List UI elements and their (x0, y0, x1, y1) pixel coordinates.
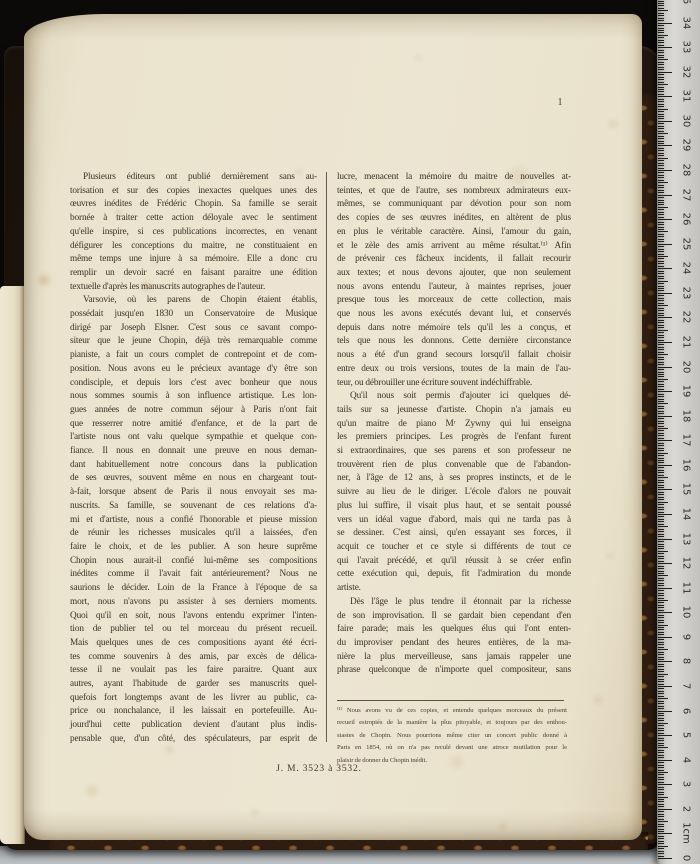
ruler-tick (658, 30, 664, 31)
ruler-tick (658, 305, 668, 306)
text-line: dirigé par Joseph Elsner. C'est sous ce … (70, 322, 317, 336)
ruler-tick (658, 728, 664, 729)
ruler-tick (658, 202, 664, 203)
ruler-tick (658, 462, 664, 463)
text-line: mort, nous n'avons pu assister à ses der… (70, 596, 317, 610)
ruler-tick (658, 799, 664, 800)
ruler-tick (658, 453, 668, 454)
text-line: autres, ayant l'habitude de garder ses m… (70, 678, 317, 692)
ruler-tick (658, 428, 668, 429)
ruler-tick (658, 327, 664, 328)
book-photo: 1 Plusieurs éditeurs ont publié dernière… (0, 0, 700, 864)
ruler-tick (658, 303, 664, 304)
ruler-tick (658, 440, 672, 441)
ruler-tick (658, 87, 664, 88)
ruler-tick (658, 750, 664, 751)
ruler-tick (658, 308, 664, 309)
ruler-tick (658, 1, 664, 2)
foxing-spot (250, 808, 259, 817)
ruler-tick (658, 740, 664, 741)
text-line: en plus le véritable caractère. Ainsi, l… (337, 226, 571, 240)
ruler-tick (658, 460, 664, 461)
ruler-label: 34 (681, 16, 692, 29)
text-line: Dès l'âge le plus tendre il étonnait par… (337, 596, 571, 610)
ruler-tick (658, 170, 672, 171)
text-line: pianiste, a fait un cours complet de con… (70, 349, 317, 363)
ruler-tick (658, 278, 664, 279)
ruler-tick (658, 806, 664, 807)
ruler-tick (658, 514, 672, 515)
ruler-tick (658, 160, 664, 161)
ruler-tick (658, 455, 664, 456)
ruler-tick (658, 128, 664, 129)
ruler-label: 2 (681, 806, 692, 812)
ruler-tick (658, 354, 668, 355)
ruler-tick (658, 546, 664, 547)
ruler-tick (658, 733, 664, 734)
ruler-tick (658, 293, 672, 294)
ruler-tick (658, 364, 664, 365)
text-line: gues années de notre commun séjour à Par… (70, 404, 317, 418)
ruler-tick (658, 502, 668, 503)
ruler-tick (658, 8, 664, 9)
ruler-label: 1cm (681, 823, 692, 845)
ruler-tick (658, 846, 668, 847)
ruler-tick (658, 50, 664, 51)
ruler-tick (658, 703, 664, 704)
text-line: des copies de ses œuvres inédites, en al… (337, 212, 571, 226)
ruler-tick (658, 214, 664, 215)
ruler-tick (658, 856, 664, 857)
text-line: tion de publier tel ou tel morceau du pr… (70, 623, 317, 637)
text-line: position. Nous avons eu le précieux avan… (70, 363, 317, 377)
foxing-spot (606, 118, 620, 130)
ruler-tick (658, 408, 664, 409)
text-line: tes comme souvenirs à des amis, par excè… (70, 651, 317, 665)
ruler-tick (658, 386, 664, 387)
text-line: pensable que, d'un côté, des spéculateur… (70, 733, 317, 747)
ruler-tick (658, 231, 668, 232)
ruler-tick (658, 801, 664, 802)
ruler-tick (658, 615, 664, 616)
ruler-tick (658, 362, 664, 363)
ruler-tick (658, 654, 664, 655)
text-line: entre deux ou trois versions, toutes de … (337, 363, 571, 377)
ruler-tick (658, 539, 672, 540)
text-line: et le zèle des amis arrivent au même rés… (337, 240, 571, 254)
text-line: faire le choix, et de les publier. A son… (70, 541, 317, 555)
ruler-tick (658, 821, 668, 822)
ruler-tick (658, 489, 672, 490)
ruler-tick (658, 111, 664, 112)
text-line: même temps une injure à sa mémoire. Elle… (70, 253, 317, 267)
ruler-tick (658, 767, 664, 768)
ruler-tick (658, 64, 664, 65)
ruler-tick (658, 536, 664, 537)
ruler-tick (658, 133, 668, 134)
ruler-tick (658, 94, 664, 95)
ruler-tick (658, 809, 672, 810)
ruler-label: 19 (681, 385, 692, 398)
ruler-tick (658, 310, 664, 311)
text-line: mêmes, se communiquant par dévotion pour… (337, 198, 571, 212)
ruler-tick (658, 814, 664, 815)
ruler-tick (658, 172, 664, 173)
ruler-tick (658, 62, 664, 63)
text-line: depuis dans notre mémoire tels qu'il les… (337, 322, 571, 336)
ruler-tick (658, 391, 672, 392)
ruler-tick (658, 578, 664, 579)
ruler-tick (658, 266, 664, 267)
ruler-tick (658, 222, 664, 223)
ruler-tick (658, 315, 664, 316)
text-line: jourd'hui cette publication devient d'au… (70, 719, 317, 733)
ruler-tick (658, 544, 664, 545)
ruler-tick (658, 187, 664, 188)
ruler-tick (658, 335, 664, 336)
text-line: de ses œuvres, souvent même en nous en c… (70, 472, 317, 486)
ruler-tick (658, 396, 664, 397)
text-line: nous a été d'un grand secours lorsqu'il … (337, 349, 571, 363)
ruler-tick (658, 588, 672, 589)
ruler-tick (658, 458, 664, 459)
ruler-tick (658, 504, 664, 505)
ruler-tick (658, 195, 672, 196)
ruler-label: 20 (681, 360, 692, 373)
ruler-tick (658, 480, 664, 481)
ruler-tick (658, 47, 672, 48)
ruler-tick (658, 679, 664, 680)
ruler-tick (658, 639, 664, 640)
ruler-tick (658, 745, 664, 746)
text-line: que nous les avons exécutés devant lui, … (337, 308, 571, 322)
ruler-tick (658, 35, 668, 36)
ruler-tick (658, 325, 664, 326)
ruler-tick (658, 691, 664, 692)
ruler-tick (658, 851, 664, 852)
ruler-label: 27 (681, 188, 692, 201)
ruler-tick (658, 261, 664, 262)
ruler-tick (658, 372, 664, 373)
ruler-tick (658, 313, 664, 314)
ruler-tick (658, 20, 664, 21)
text-line: teur, ou débrouiller une écriture souven… (337, 377, 571, 391)
text-line: Mais quelques unes de ces compositions a… (70, 637, 317, 651)
ruler-tick (658, 708, 664, 709)
text-line: Chopin nous aurait-il confié lui-même se… (70, 555, 317, 569)
ruler-tick (658, 706, 664, 707)
ruler-tick (658, 583, 664, 584)
ruler-label: 15 (681, 483, 692, 496)
ruler-tick (658, 136, 664, 137)
ruler-tick (658, 72, 672, 73)
ruler-tick (658, 774, 664, 775)
text-line: teintes, et que de l'autre, ses nombreux… (337, 185, 571, 199)
ruler-tick (658, 669, 664, 670)
text-line: plus lui suffire, il visait plus haut, e… (337, 500, 571, 514)
ruler-tick (658, 13, 664, 14)
ruler-tick (658, 406, 664, 407)
ruler-tick (658, 421, 664, 422)
ruler-tick (658, 580, 664, 581)
text-line: Quoi qu'il en soit, nous l'avons entendu… (70, 610, 317, 624)
ruler-label: 22 (681, 311, 692, 324)
ruler-tick (658, 625, 668, 626)
text-line: condisciple, et depuis lors c'est avec b… (70, 377, 317, 391)
text-line: nous avons entendu l'auteur, à maintes r… (337, 281, 571, 295)
ruler-label: 31 (681, 90, 692, 103)
ruler-tick (658, 224, 664, 225)
ruler-tick (658, 585, 664, 586)
ruler-tick (658, 96, 672, 97)
text-line: qu'elle inspire, si ces publications inc… (70, 226, 317, 240)
ruler-label: 21 (681, 336, 692, 349)
ruler-tick (658, 792, 664, 793)
ruler: 01cm234567891011121314151617181920212223… (657, 0, 700, 864)
ruler-tick (658, 858, 672, 859)
ruler-tick (658, 426, 664, 427)
ruler-tick (658, 499, 664, 500)
ruler-tick (658, 77, 664, 78)
text-line: que resserrer notre amitié d'enfance, et… (70, 418, 317, 432)
ruler-tick (658, 819, 664, 820)
text-line: ner, à l'âge de 12 ans, à ses propres in… (337, 472, 571, 486)
text-line: les premiers principes. Les progrès de l… (337, 431, 571, 445)
text-line: acquit ce toucher et ce style si différe… (337, 541, 571, 555)
ruler-tick (658, 155, 664, 156)
ruler-tick (658, 470, 664, 471)
ruler-tick (658, 561, 664, 562)
ruler-tick (658, 568, 664, 569)
ruler-tick (658, 519, 664, 520)
text-line: possédait jusqu'en 1830 un Conservatoire… (70, 308, 317, 322)
ruler-tick (658, 448, 664, 449)
ruler-tick (658, 566, 664, 567)
ruler-tick (658, 153, 664, 154)
ruler-label: 32 (681, 65, 692, 78)
ruler-tick (658, 246, 664, 247)
text-line: Varsovie, où les parens de Chopin étaien… (70, 294, 317, 308)
ruler-tick (658, 342, 672, 343)
ruler-tick (658, 251, 664, 252)
ruler-tick (658, 182, 668, 183)
ruler-tick (658, 104, 664, 105)
ruler-tick (658, 777, 664, 778)
ruler-tick (658, 295, 664, 296)
ruler-tick (658, 298, 664, 299)
ruler-tick (658, 69, 664, 70)
ruler-tick (658, 772, 668, 773)
ruler-tick (658, 349, 664, 350)
ruler-tick (658, 811, 664, 812)
ruler-tick (658, 843, 664, 844)
text-line: remplir un devoir sacré en faisant parai… (70, 267, 317, 281)
ruler-tick (658, 598, 664, 599)
ruler-tick (658, 445, 664, 446)
ruler-label: 24 (681, 262, 692, 275)
ruler-tick (658, 185, 664, 186)
ruler-tick (658, 236, 664, 237)
ruler-tick (658, 271, 664, 272)
ruler-tick (658, 283, 664, 284)
ruler-label: 9 (681, 634, 692, 640)
ruler-tick (658, 688, 664, 689)
ruler-tick (658, 475, 664, 476)
ruler-tick (658, 661, 672, 662)
text-line: vers un idéal vague d'abord, mais qui ne… (337, 514, 571, 528)
ruler-tick (658, 145, 672, 146)
ruler-tick (658, 254, 664, 255)
ruler-tick (658, 234, 664, 235)
ruler-tick (658, 67, 664, 68)
ruler-tick (658, 509, 664, 510)
ruler-tick (658, 101, 664, 102)
ruler-tick (658, 99, 664, 100)
ruler-label: 10 (681, 606, 692, 619)
ruler-tick (658, 28, 664, 29)
ruler-tick (658, 634, 664, 635)
ruler-tick (658, 512, 664, 513)
ruler-tick (658, 593, 664, 594)
ruler-tick (658, 541, 664, 542)
ruler-tick (658, 337, 664, 338)
page-left-column: Plusieurs éditeurs ont publié dernièreme… (70, 171, 317, 747)
ruler-tick (658, 760, 672, 761)
ruler-tick (658, 713, 664, 714)
ruler-tick (658, 411, 664, 412)
text-line: textuelle d'après les manuscrits autogra… (70, 281, 317, 295)
ruler-tick (658, 219, 672, 220)
ruler-tick (658, 617, 664, 618)
foxing-spot (36, 272, 52, 288)
text-line: dant habituellement notre concours dans … (70, 459, 317, 473)
ruler-tick (658, 831, 664, 832)
footnote: ⁽¹⁾ Nous avons vu de ces copies, et ente… (337, 705, 567, 767)
ruler-tick (658, 141, 664, 142)
ruler-tick (658, 853, 664, 854)
ruler-tick (658, 379, 668, 380)
ruler-tick (658, 229, 664, 230)
text-line: œuvres inédites de Frédéric Chopin. Sa f… (70, 198, 317, 212)
text-line: ⁽¹⁾ Nous avons vu de ces copies, et ente… (337, 705, 567, 717)
ruler-label: 25 (681, 237, 692, 250)
ruler-tick (658, 642, 664, 643)
ruler-tick (658, 52, 664, 53)
ruler-tick (658, 416, 672, 417)
text-line: se dessiner. C'est ainsi, qu'en essayant… (337, 527, 571, 541)
ruler-tick (658, 116, 664, 117)
ruler-tick (658, 824, 664, 825)
ruler-label: 3 (681, 781, 692, 787)
ruler-tick (658, 42, 664, 43)
text-line: suivre au lieu de le diriger. L'école d'… (337, 486, 571, 500)
text-line: nière la plus merveilleuse, sans jamais … (337, 651, 571, 665)
ruler-tick (658, 438, 664, 439)
ruler-label: 28 (681, 164, 692, 177)
ruler-tick (658, 571, 664, 572)
ruler-tick (658, 37, 664, 38)
ruler-tick (658, 684, 664, 685)
ruler-tick (658, 322, 664, 323)
ruler-tick (658, 472, 664, 473)
text-line: tesse il ne voulait pas les faire parait… (70, 664, 317, 678)
ruler-label: 12 (681, 557, 692, 570)
ruler-tick (658, 752, 664, 753)
ruler-tick (658, 841, 664, 842)
ruler-tick (658, 632, 664, 633)
ruler-tick (658, 423, 664, 424)
ruler-tick (658, 497, 664, 498)
ruler-tick (658, 551, 668, 552)
ruler-tick (658, 55, 664, 56)
ruler-tick (658, 268, 672, 269)
ruler-tick (658, 138, 664, 139)
ruler-label: 5 (681, 732, 692, 738)
ruler-tick (658, 612, 672, 613)
ruler-label: 26 (681, 213, 692, 226)
ruler-tick (658, 197, 664, 198)
ruler-tick (658, 789, 664, 790)
column-divider (326, 172, 327, 742)
text-line: lucre, menacent la mémoire du maitre de … (337, 171, 571, 185)
ruler-tick (658, 114, 664, 115)
ruler-tick (658, 715, 664, 716)
ruler-tick (658, 249, 664, 250)
ruler-label: 17 (681, 434, 692, 447)
ruler-label: 16 (681, 459, 692, 472)
ruler-tick (658, 109, 668, 110)
ruler-tick (658, 209, 664, 210)
ruler-tick (658, 401, 664, 402)
ruler-tick (658, 723, 668, 724)
text-line: quefois fort longtemps avant de les livr… (70, 692, 317, 706)
ruler-tick (658, 143, 664, 144)
text-line: siteur que le jeune Chopin, déjà très re… (70, 335, 317, 349)
ruler-tick (658, 158, 668, 159)
foxing-spot (606, 552, 614, 560)
ruler-label: 0 (681, 855, 692, 861)
text-line: si extraordinaires, que ses parens et so… (337, 445, 571, 459)
ruler-tick (658, 782, 664, 783)
ruler-tick (658, 244, 672, 245)
ruler-tick (658, 443, 664, 444)
ruler-tick (658, 686, 672, 687)
ruler-label: 4 (681, 757, 692, 763)
ruler-tick (658, 433, 664, 434)
text-line: tels que nous les donnons. Cette dernièr… (337, 335, 571, 349)
ruler-tick (658, 3, 664, 4)
ruler-tick (658, 516, 664, 517)
ruler-tick (658, 281, 668, 282)
ruler-tick (658, 816, 664, 817)
ruler-tick (658, 84, 668, 85)
text-line: artiste. (337, 582, 571, 596)
ruler-tick (658, 735, 672, 736)
text-line: cette exécution qui, depuis, fit l'admir… (337, 568, 571, 582)
ruler-tick (658, 548, 664, 549)
ruler-tick (658, 10, 668, 11)
text-line: faire parade; mais les quelques élus qui… (337, 623, 571, 637)
ruler-tick (658, 118, 664, 119)
ruler-tick (658, 482, 664, 483)
ruler-tick (658, 605, 664, 606)
ruler-tick (658, 755, 664, 756)
ruler-tick (658, 526, 668, 527)
ruler-tick (658, 664, 664, 665)
ruler-tick (658, 477, 668, 478)
ruler-tick (658, 288, 664, 289)
ruler-tick (658, 317, 672, 318)
